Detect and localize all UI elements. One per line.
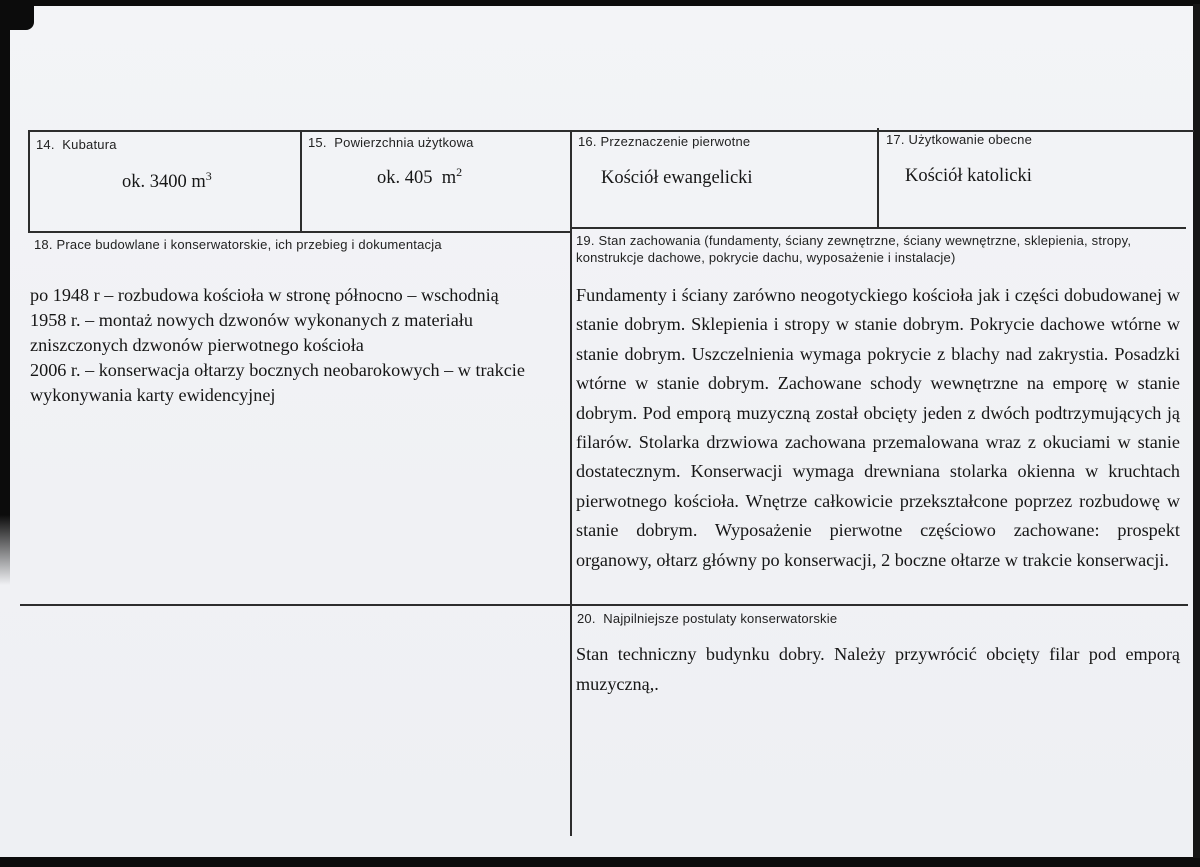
field-15-value-superscript: 2 xyxy=(456,165,462,179)
field-17-label: 17. Użytkowanie obecne xyxy=(886,132,1032,147)
field-18-label: 18. Prace budowlane i konserwatorskie, i… xyxy=(34,237,564,252)
field-20-label: 20. Najpilniejsze postulaty konserwators… xyxy=(577,611,1177,626)
scanned-document-page: 14. Kubatura ok. 3400 m3 15. Powierzchni… xyxy=(0,0,1200,867)
table-border-left-row1 xyxy=(28,130,30,233)
table-divider-14-15 xyxy=(300,130,302,233)
field-18-paragraph: 1958 r. – montaż nowych dzwonów wykonany… xyxy=(30,308,570,358)
field-17-value: Kościół katolicki xyxy=(905,166,1032,187)
table-mid-horizontal xyxy=(20,604,1188,606)
field-18-content: po 1948 r – rozbudowa kościoła w stronę … xyxy=(30,283,570,408)
field-16-value: Kościół ewangelicki xyxy=(601,168,753,189)
table-divider-center xyxy=(570,130,572,836)
field-20-content: Stan techniczny budynku dobry. Należy pr… xyxy=(576,639,1180,699)
scan-edge-top xyxy=(0,0,1200,6)
field-15-value: ok. 405 m2 xyxy=(377,168,462,189)
table-divider-16-17 xyxy=(877,128,879,229)
field-15-label: 15. Powierzchnia użytkowa xyxy=(308,135,474,150)
field-19-content: Fundamenty i ściany zarówno neogotyckieg… xyxy=(576,281,1180,575)
field-14-label: 14. Kubatura xyxy=(36,137,117,152)
field-16-label: 16. Przeznaczenie pierwotne xyxy=(578,134,750,149)
scan-edge-right xyxy=(1193,4,1200,858)
scan-edge-bottom xyxy=(0,857,1200,867)
field-14-value: ok. 3400 m3 xyxy=(122,172,212,193)
field-15-value-text: ok. 405 m xyxy=(377,168,456,188)
field-14-value-text: ok. 3400 m xyxy=(122,172,206,192)
field-18-paragraph: 2006 r. – konserwacja ołtarzy bocznych n… xyxy=(30,358,570,408)
field-14-value-superscript: 3 xyxy=(206,169,212,183)
field-18-paragraph: po 1948 r – rozbudowa kościoła w stronę … xyxy=(30,283,570,308)
scan-edge-left xyxy=(0,0,10,585)
field-19-label: 19. Stan zachowania (fundamenty, ściany … xyxy=(576,233,1176,266)
